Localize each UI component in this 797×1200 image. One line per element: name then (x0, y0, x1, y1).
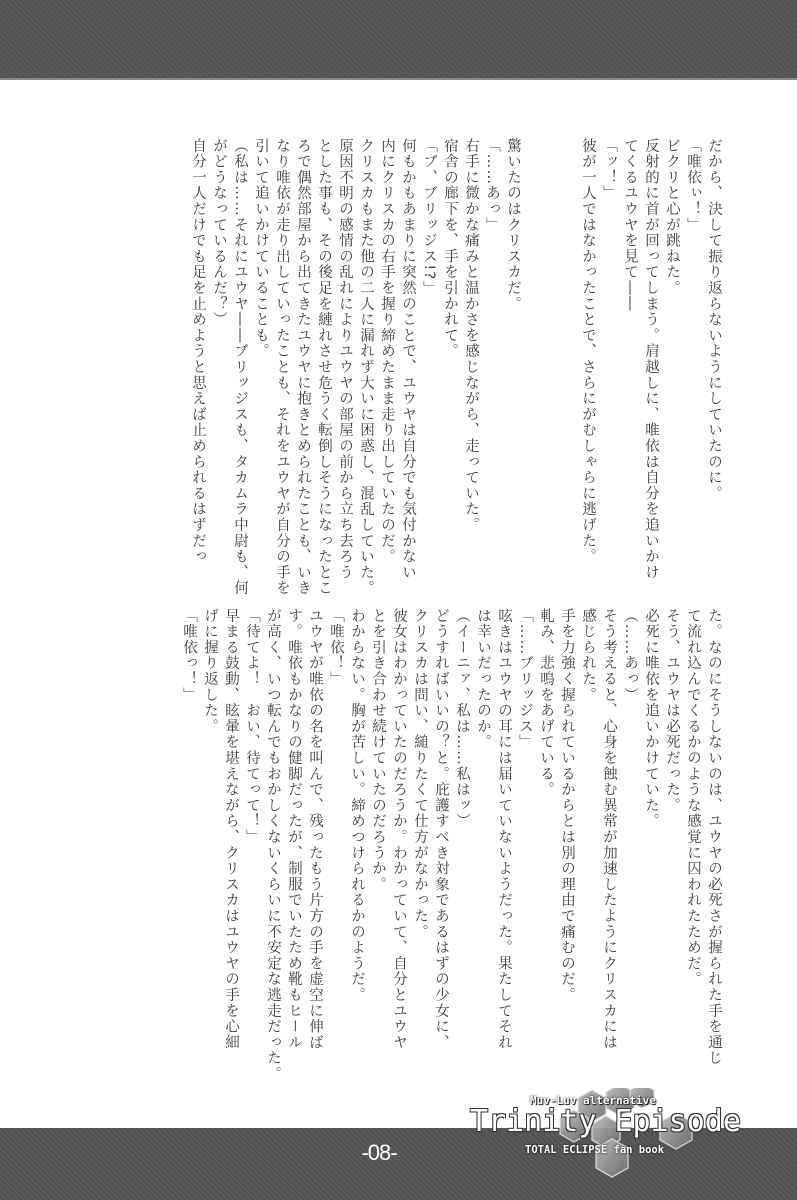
text-line: 早まる鼓動、眩暈を堪えながら、クリスカはユウヤの手を心細 (220, 608, 241, 1048)
text-line: 「ッ！」 (598, 138, 619, 578)
logo-title: Trinity Episode (470, 1104, 741, 1139)
text-line: す。唯依もかなりの健脚だったが、制服でいたため靴もヒール (283, 608, 304, 1048)
text-line: 必死に唯依を追いかけていた。 (640, 608, 661, 1048)
text-line: 呟きはユウヤの耳には届いていないようだった。果たしてそれ (493, 608, 514, 1048)
text-line: た。なのにそうしないのは、ユウヤの必死さが握られた手を通じ (703, 608, 724, 1048)
text-line: がどうなっているんだ？） (208, 138, 229, 578)
text-line: 反射的に首が回ってしまう。肩越しに、唯依は自分を追いかけ (640, 138, 661, 578)
text-line: （……あっ） (619, 608, 640, 1048)
text-line: て流れ込んでくるかのような感覚に囚われたためだ。 (682, 608, 703, 1048)
top-header-band (0, 0, 797, 80)
text-line: 自分一人だけでも足を止めようと思えば止められるはずだっ (187, 138, 208, 578)
text-line: 驚いたのはクリスカだ。 (502, 138, 523, 578)
section-gap (523, 138, 577, 578)
text-band-bottom: た。なのにそうしないのは、ユウヤの必死さが握られた手を通じ て流れ込んでくるかの… (48, 608, 724, 1048)
text-line: 「唯依っ！」 (178, 608, 199, 1048)
text-line: が高く、いつ転んでもおかしくないくらいに不安定な逃走だった。 (262, 608, 283, 1048)
text-line: 「……ブリッジス」 (514, 608, 535, 1048)
text-line: 「……あっ」 (481, 138, 502, 578)
text-line: 軋み、悲鳴をあげている。 (535, 608, 556, 1048)
text-line: 彼女はわかっていたのだろうか。わかっていて、自分とユウヤ (388, 608, 409, 1048)
text-line: 右手に微かな痛みと温かさを感じながら、走っていた。 (460, 138, 481, 578)
text-line: 何もかもあまりに突然のことで、ユウヤは自分でも気付かない (397, 138, 418, 578)
text-line: 感じられた。 (577, 608, 598, 1048)
text-line: 「唯依！」 (325, 608, 346, 1048)
text-line: てくるユウヤを見て―― (619, 138, 640, 578)
text-line: ユウヤが唯依の名を叫んで、残ったもう片方の手を虚空に伸ば (304, 608, 325, 1048)
text-line: 手を力強く握られているからとは別の理由で痛むのだ。 (556, 608, 577, 1048)
text-line: 内にクリスカの右手を握り締めたまま走り出していたのだ。 (376, 138, 397, 578)
text-line: とした事も、その後足を縺れさせ危うく転倒しそうになったとこ (313, 138, 334, 578)
text-line: クリスカは問い、縋りたくて仕方がなかった。 (409, 608, 430, 1048)
text-line: わからない。胸が苦しい。締めつけられるかのようだ。 (346, 608, 367, 1048)
text-line: そう考えると、心身を蝕む異常が加速したようにクリスカには (598, 608, 619, 1048)
text-line: どうすればいいの？と。庇護すべき対象であるはずの少女に、 (430, 608, 451, 1048)
text-line: 「唯依ぃ！」 (682, 138, 703, 578)
text-line: なり唯依が走り出していったことも、それをユウヤが自分の手を (271, 138, 292, 578)
book-logo: Muv-Luv alternative Trinity Episode TOTA… (470, 1088, 790, 1188)
logo-tagline: TOTAL ECLIPSE fan book (525, 1144, 664, 1156)
text-line: （イーニァ、私は……私はッ） (451, 608, 472, 1048)
text-line: だから、決して振り返らないようにしていたのに。 (703, 138, 724, 578)
text-line: ビクリと心が跳ねた。 (661, 138, 682, 578)
text-line: とを引き合わせ続けていたのだろうか。 (367, 608, 388, 1048)
text-band-top: だから、決して振り返らないようにしていたのに。 「唯依ぃ！」 ビクリと心が跳ねた… (48, 138, 724, 578)
text-line: は幸いだったのか。 (472, 608, 493, 1048)
text-line: げに握り返した。 (199, 608, 220, 1048)
text-line: （私は……それにユウヤ――ブリッジスも、タカムラ中尉も、何 (229, 138, 250, 578)
page-number: -08- (349, 1140, 409, 1166)
text-line: ろで偶然部屋から出てきたユウヤに抱きとめられたことも、いき (292, 138, 313, 578)
text-line: 彼が一人ではなかったことで、さらにがむしゃらに逃げた。 (577, 138, 598, 578)
text-line: 「待てよ！ おい、待てって！」 (241, 608, 262, 1048)
text-line: そう、ユウヤは必死だった。 (661, 608, 682, 1048)
text-line: 原因不明の感情の乱れによりユウヤの部屋の前から立ち去ろう (334, 138, 355, 578)
text-line: 引いて追いかけていることも。 (250, 138, 271, 578)
text-line: 宿舎の廊下を、手を引かれて。 (439, 138, 460, 578)
text-line: クリスカもまた他の二人に漏れず大いに困惑し、混乱していた。 (355, 138, 376, 578)
text-line: 「ブ、ブリッジス!?」 (418, 138, 439, 578)
